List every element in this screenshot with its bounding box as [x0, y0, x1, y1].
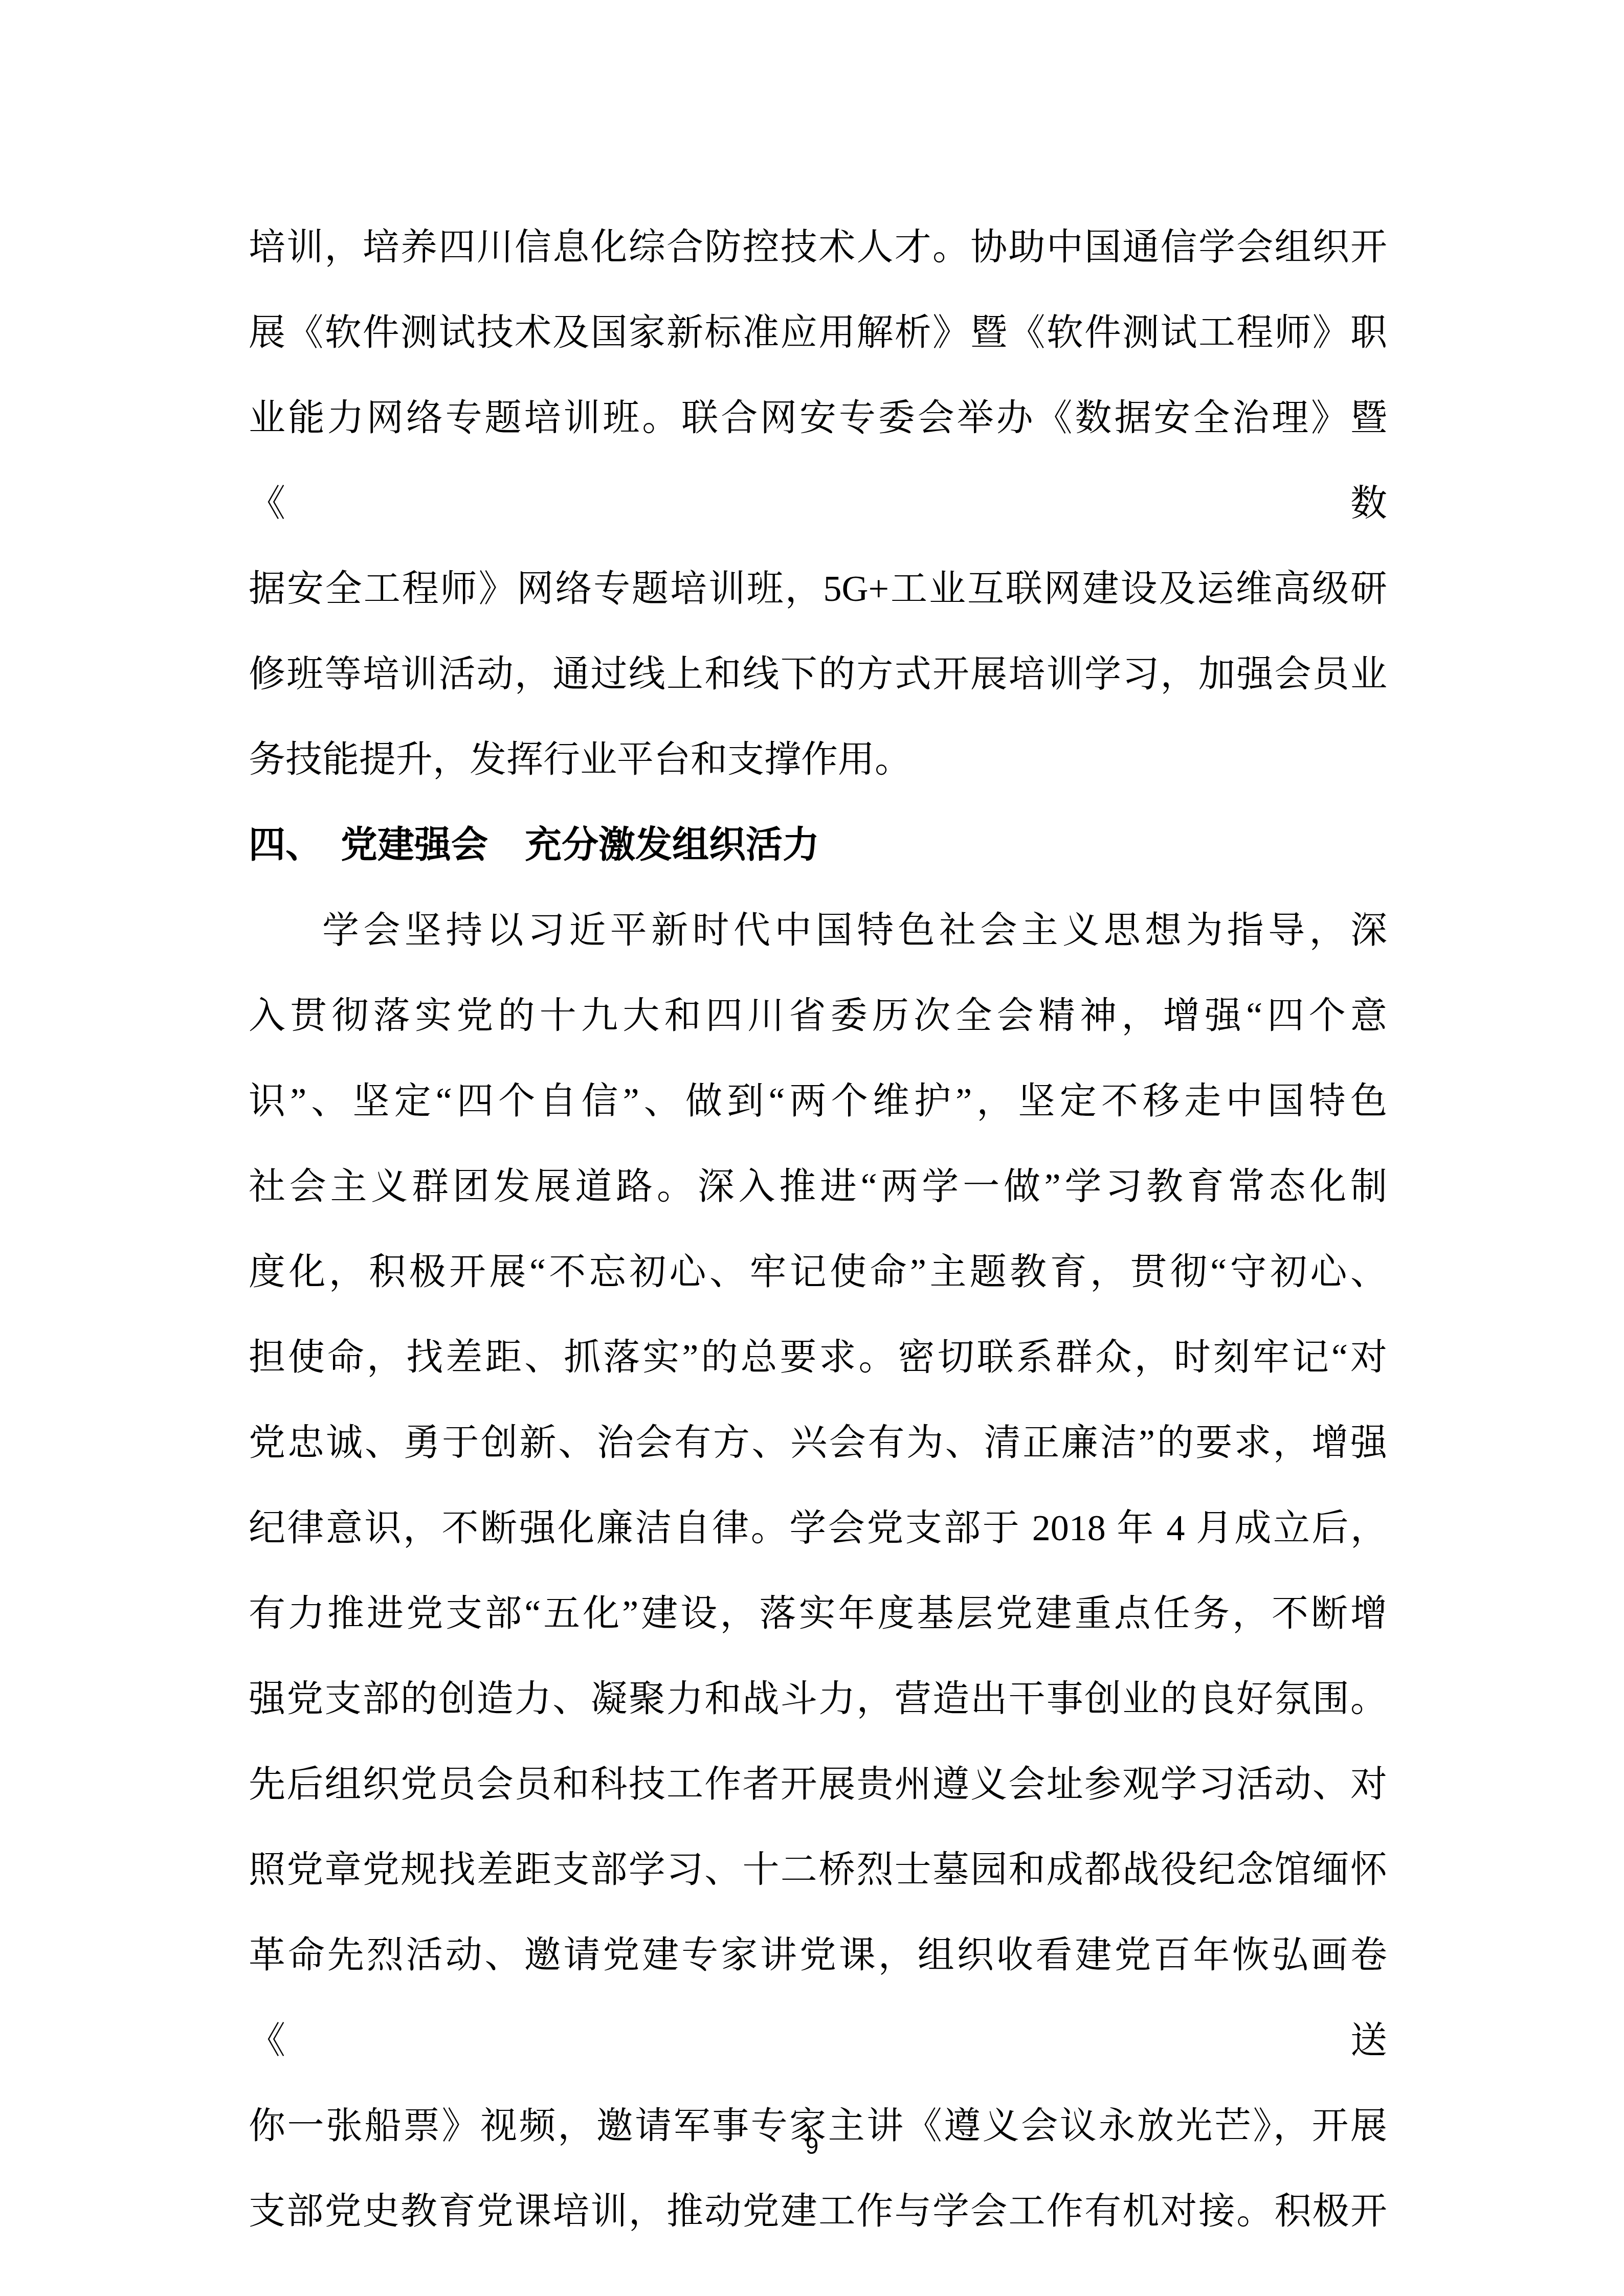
document-page: 培训，培养四川信息化综合防控技术人才。协助中国通信学会组织开展《软件测试技术及国…: [0, 0, 1624, 2296]
text-line: 支部党史教育党课培训，推动党建工作与学会工作有机对接。积极开: [249, 2169, 1387, 2254]
text-line: 担使命，找差距、抓落实”的总要求。密切联系群众，时刻牢记“对: [249, 1315, 1387, 1400]
text-line: 入贯彻落实党的十九大和四川省委历次全会精神，增强“四个意: [249, 973, 1387, 1059]
text-line: 学会坚持以习近平新时代中国特色社会主义思想为指导，深: [249, 888, 1387, 973]
text-line: 有力推进党支部“五化”建设，落实年度基层党建重点任务，不断增: [249, 1571, 1387, 1656]
page-number: 9: [0, 2131, 1624, 2160]
text-line: 展《软件测试技术及国家新标准应用解析》暨《软件测试工程师》职: [249, 290, 1387, 375]
text-line: 社会主义群团发展道路。深入推进“两学一做”学习教育常态化制: [249, 1144, 1387, 1229]
document-body: 培训，培养四川信息化综合防控技术人才。协助中国通信学会组织开展《软件测试技术及国…: [249, 205, 1387, 2254]
text-line: 强党支部的创造力、凝聚力和战斗力，营造出干事创业的良好氛围。: [249, 1656, 1387, 1742]
text-line: 据安全工程师》网络专题培训班，5G+工业互联网建设及运维高级研: [249, 546, 1387, 632]
text-line: 修班等培训活动，通过线上和线下的方式开展培训学习，加强会员业: [249, 632, 1387, 717]
text-line: 培训，培养四川信息化综合防控技术人才。协助中国通信学会组织开: [249, 205, 1387, 290]
text-line: 务技能提升，发挥行业平台和支撑作用。: [249, 717, 1387, 802]
text-line: 业能力网络专题培训班。联合网安专委会举办《数据安全治理》暨《数: [249, 375, 1387, 546]
text-line: 照党章党规找差距支部学习、十二桥烈士墓园和成都战役纪念馆缅怀: [249, 1827, 1387, 1912]
text-line: 先后组织党员会员和科技工作者开展贵州遵义会址参观学习活动、对: [249, 1742, 1387, 1827]
text-line: 度化，积极开展“不忘初心、牢记使命”主题教育，贯彻“守初心、: [249, 1229, 1387, 1315]
text-line: 识”、坚定“四个自信”、做到“两个维护”，坚定不移走中国特色: [249, 1059, 1387, 1144]
text-line: 革命先烈活动、邀请党建专家讲党课，组织收看建党百年恢弘画卷《送: [249, 1912, 1387, 2083]
text-line: 党忠诚、勇于创新、治会有方、兴会有为、清正廉洁”的要求，增强: [249, 1400, 1387, 1485]
text-line: 纪律意识，不断强化廉洁自律。学会党支部于 2018 年 4 月成立后，: [249, 1485, 1387, 1571]
section-heading: 四、 党建强会 充分激发组织活力: [249, 802, 1387, 888]
